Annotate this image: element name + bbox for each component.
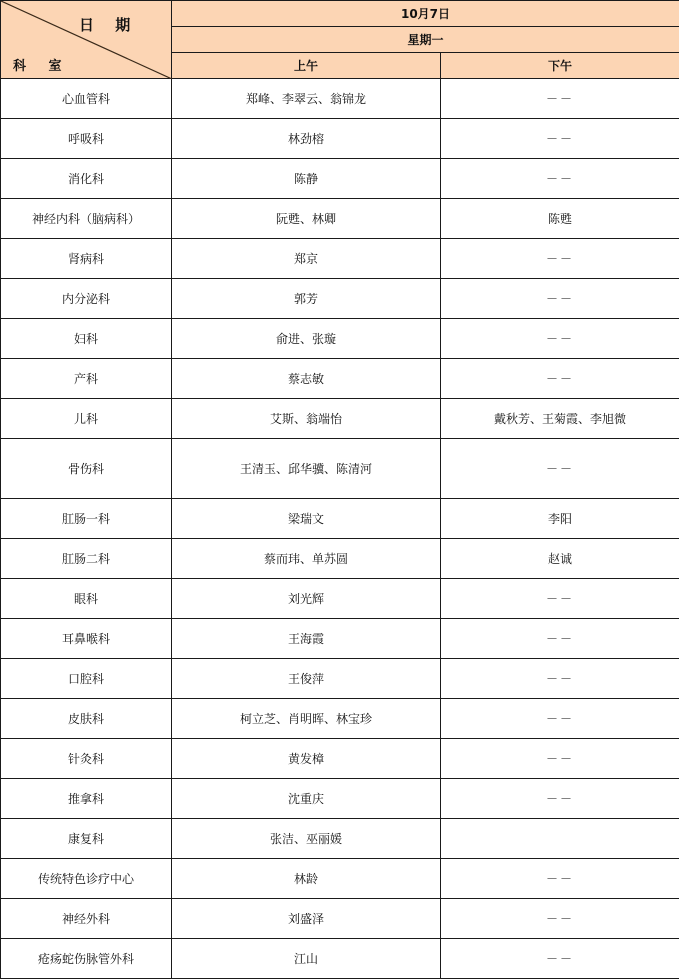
table-row: 肾病科郑京－－ — [1, 239, 679, 279]
am-cell: 梁瑞文 — [172, 499, 441, 539]
am-cell: 陈静 — [172, 159, 441, 199]
am-cell: 林龄 — [172, 859, 441, 899]
table-row: 肛肠一科梁瑞文李阳 — [1, 499, 679, 539]
table-row: 骨伤科王清玉、邱华骥、陈清河－－ — [1, 439, 679, 499]
dept-cell: 口腔科 — [1, 659, 172, 699]
am-cell: 蔡而玮、单苏圆 — [172, 539, 441, 579]
corner-date-label: 日 期 — [79, 14, 138, 35]
dept-cell: 心血管科 — [1, 79, 172, 119]
am-cell: 江山 — [172, 939, 441, 979]
am-cell: 刘盛泽 — [172, 899, 441, 939]
dept-cell: 康复科 — [1, 819, 172, 859]
am-cell: 阮甦、林卿 — [172, 199, 441, 239]
dept-cell: 骨伤科 — [1, 439, 172, 499]
table-row: 神经内科（脑病科）阮甦、林卿陈甦 — [1, 199, 679, 239]
am-cell: 刘光辉 — [172, 579, 441, 619]
table-row: 呼吸科林劲榕－－ — [1, 119, 679, 159]
table-row: 推拿科沈重庆－－ — [1, 779, 679, 819]
am-cell: 郑峰、李翠云、翁锦龙 — [172, 79, 441, 119]
pm-cell: 赵诚 — [441, 539, 679, 579]
dept-cell: 呼吸科 — [1, 119, 172, 159]
am-cell: 黄发樟 — [172, 739, 441, 779]
am-cell: 王清玉、邱华骥、陈清河 — [172, 439, 441, 499]
dept-cell: 儿科 — [1, 399, 172, 439]
dept-cell: 消化科 — [1, 159, 172, 199]
pm-cell: －－ — [441, 319, 679, 359]
table-row: 口腔科王俊萍－－ — [1, 659, 679, 699]
pm-cell: －－ — [441, 619, 679, 659]
pm-cell: －－ — [441, 659, 679, 699]
am-cell: 俞进、张璇 — [172, 319, 441, 359]
pm-cell: －－ — [441, 159, 679, 199]
pm-cell: －－ — [441, 699, 679, 739]
dept-cell: 肛肠二科 — [1, 539, 172, 579]
pm-cell: －－ — [441, 779, 679, 819]
dept-cell: 肾病科 — [1, 239, 172, 279]
afternoon-header: 下午 — [441, 53, 679, 79]
table-row: 传统特色诊疗中心林龄－－ — [1, 859, 679, 899]
pm-cell: －－ — [441, 119, 679, 159]
pm-cell: －－ — [441, 359, 679, 399]
am-cell: 郭芳 — [172, 279, 441, 319]
am-cell: 郑京 — [172, 239, 441, 279]
pm-cell — [441, 819, 679, 859]
am-cell: 艾斯、翁端怡 — [172, 399, 441, 439]
table-row: 内分泌科郭芳－－ — [1, 279, 679, 319]
table-row: 康复科张洁、巫丽媛 — [1, 819, 679, 859]
pm-cell: －－ — [441, 439, 679, 499]
am-cell: 王俊萍 — [172, 659, 441, 699]
dept-cell: 产科 — [1, 359, 172, 399]
dept-cell: 传统特色诊疗中心 — [1, 859, 172, 899]
table-row: 皮肤科柯立芝、肖明晖、林宝珍－－ — [1, 699, 679, 739]
weekday-header: 星期一 — [172, 27, 679, 53]
pm-cell: －－ — [441, 739, 679, 779]
table-row: 消化科陈静－－ — [1, 159, 679, 199]
table-row: 耳鼻喉科王海霞－－ — [1, 619, 679, 659]
corner-dept-label: 科 室 — [13, 55, 71, 74]
table-row: 妇科俞进、张璇－－ — [1, 319, 679, 359]
table-row: 针灸科黄发樟－－ — [1, 739, 679, 779]
dept-cell: 耳鼻喉科 — [1, 619, 172, 659]
pm-cell: －－ — [441, 279, 679, 319]
dept-cell: 内分泌科 — [1, 279, 172, 319]
table-row: 肛肠二科蔡而玮、单苏圆赵诚 — [1, 539, 679, 579]
pm-cell: －－ — [441, 939, 679, 979]
dept-cell: 皮肤科 — [1, 699, 172, 739]
dept-cell: 针灸科 — [1, 739, 172, 779]
corner-header-cell: 日 期 科 室 — [1, 1, 172, 79]
dept-cell: 肛肠一科 — [1, 499, 172, 539]
dept-cell: 神经内科（脑病科） — [1, 199, 172, 239]
dept-cell: 推拿科 — [1, 779, 172, 819]
pm-cell: －－ — [441, 579, 679, 619]
pm-cell: 陈甦 — [441, 199, 679, 239]
pm-cell: －－ — [441, 239, 679, 279]
pm-cell: －－ — [441, 79, 679, 119]
dept-cell: 神经外科 — [1, 899, 172, 939]
pm-cell: 李阳 — [441, 499, 679, 539]
am-cell: 蔡志敏 — [172, 359, 441, 399]
dept-cell: 妇科 — [1, 319, 172, 359]
pm-cell: －－ — [441, 899, 679, 939]
morning-header: 上午 — [172, 53, 441, 79]
table-row: 儿科艾斯、翁端怡戴秋芳、王菊霞、李旭微 — [1, 399, 679, 439]
table-row: 心血管科郑峰、李翠云、翁锦龙－－ — [1, 79, 679, 119]
table-row: 眼科刘光辉－－ — [1, 579, 679, 619]
table-row: 产科蔡志敏－－ — [1, 359, 679, 399]
table-row: 神经外科刘盛泽－－ — [1, 899, 679, 939]
pm-cell: －－ — [441, 859, 679, 899]
am-cell: 张洁、巫丽媛 — [172, 819, 441, 859]
am-cell: 林劲榕 — [172, 119, 441, 159]
am-cell: 王海霞 — [172, 619, 441, 659]
pm-cell: 戴秋芳、王菊霞、李旭微 — [441, 399, 679, 439]
dept-cell: 疮疡蛇伤脉管外科 — [1, 939, 172, 979]
date-header: 10月7日 — [172, 1, 679, 27]
am-cell: 沈重庆 — [172, 779, 441, 819]
duty-schedule-table: 日 期 科 室 10月7日 星期一 上午 下午 心血管科郑峰、李翠云、翁锦龙－－… — [0, 0, 679, 979]
table-row: 疮疡蛇伤脉管外科江山－－ — [1, 939, 679, 979]
am-cell: 柯立芝、肖明晖、林宝珍 — [172, 699, 441, 739]
dept-cell: 眼科 — [1, 579, 172, 619]
